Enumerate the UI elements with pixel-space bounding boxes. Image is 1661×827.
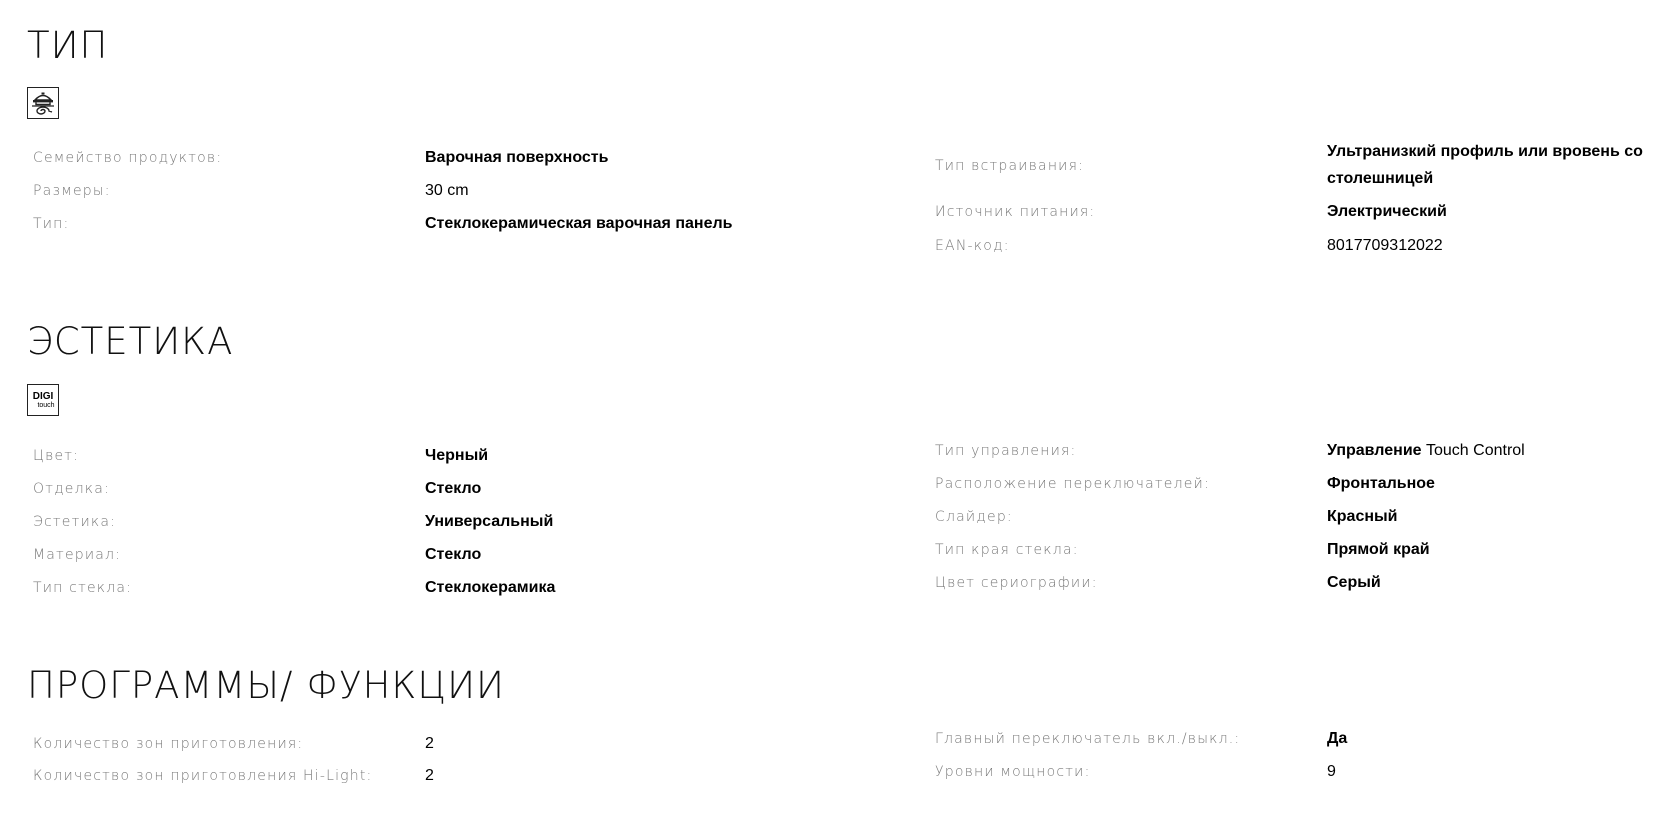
section-title-type: ТИП bbox=[27, 27, 108, 64]
spec-label: Размеры: bbox=[33, 183, 111, 199]
spec-value: 30 cm bbox=[425, 177, 469, 204]
spec-value: Да bbox=[1327, 725, 1347, 752]
spec-label: Уровни мощности: bbox=[935, 764, 1091, 780]
spec-value: Черный bbox=[425, 442, 488, 469]
spec-label: Материал: bbox=[33, 547, 121, 563]
spec-label: Главный переключатель вкл./выкл.: bbox=[935, 731, 1240, 747]
spec-value: 2 bbox=[425, 730, 434, 757]
spec-value: Стекло bbox=[425, 475, 481, 502]
spec-value: Прямой край bbox=[1327, 536, 1430, 563]
spec-value: Стекло bbox=[425, 541, 481, 568]
spec-value: Управление Touch Control bbox=[1327, 437, 1525, 464]
spec-label: Семейство продуктов: bbox=[33, 150, 222, 166]
spec-label: Количество зон приготовления Hi-Light: bbox=[33, 768, 372, 784]
hob-pot-icon bbox=[27, 87, 59, 119]
spec-label: Тип: bbox=[33, 216, 69, 232]
spec-label: Количество зон приготовления: bbox=[33, 736, 303, 752]
spec-label: Тип стекла: bbox=[33, 580, 132, 596]
digi-touch-icon-text: DIGI bbox=[33, 392, 54, 402]
spec-label: Тип края стекла: bbox=[935, 542, 1079, 558]
spec-value: Серый bbox=[1327, 569, 1381, 596]
spec-value: Электрический bbox=[1327, 198, 1447, 225]
spec-value: Красный bbox=[1327, 503, 1398, 530]
spec-value: Варочная поверхность bbox=[425, 144, 608, 171]
spec-value: Фронтальное bbox=[1327, 470, 1435, 497]
spec-value: Стеклокерамика bbox=[425, 574, 555, 601]
spec-label: Тип встраивания: bbox=[935, 158, 1084, 174]
spec-label: Тип управления: bbox=[935, 443, 1076, 459]
digi-touch-icon: DIGI touch bbox=[27, 384, 59, 416]
spec-value: 8017709312022 bbox=[1327, 232, 1443, 259]
spec-label: Источник питания: bbox=[935, 204, 1095, 220]
spec-value-bold: Управление bbox=[1327, 442, 1422, 459]
spec-label: Слайдер: bbox=[935, 509, 1013, 525]
spec-label: EAN-код: bbox=[935, 238, 1010, 254]
section-title-functions: ПРОГРАММЫ/ ФУНКЦИИ bbox=[27, 667, 505, 704]
spec-value: Универсальный bbox=[425, 508, 553, 535]
digi-touch-icon-subtext: touch bbox=[37, 402, 54, 409]
section-title-aesthetics: ЭСТЕТИКА bbox=[27, 323, 233, 360]
spec-value: 9 bbox=[1327, 758, 1336, 785]
spec-value: Ультранизкий профиль или вровень со стол… bbox=[1327, 138, 1657, 192]
spec-label: Расположение переключателей: bbox=[935, 476, 1210, 492]
spec-label: Отделка: bbox=[33, 481, 110, 497]
spec-value: 2 bbox=[425, 762, 434, 789]
spec-value-regular: Touch Control bbox=[1422, 442, 1525, 459]
spec-label: Цвет: bbox=[33, 448, 79, 464]
spec-label: Цвет сериографии: bbox=[935, 575, 1098, 591]
spec-value: Стеклокерамическая варочная панель bbox=[425, 210, 732, 237]
spec-label: Эстетика: bbox=[33, 514, 116, 530]
